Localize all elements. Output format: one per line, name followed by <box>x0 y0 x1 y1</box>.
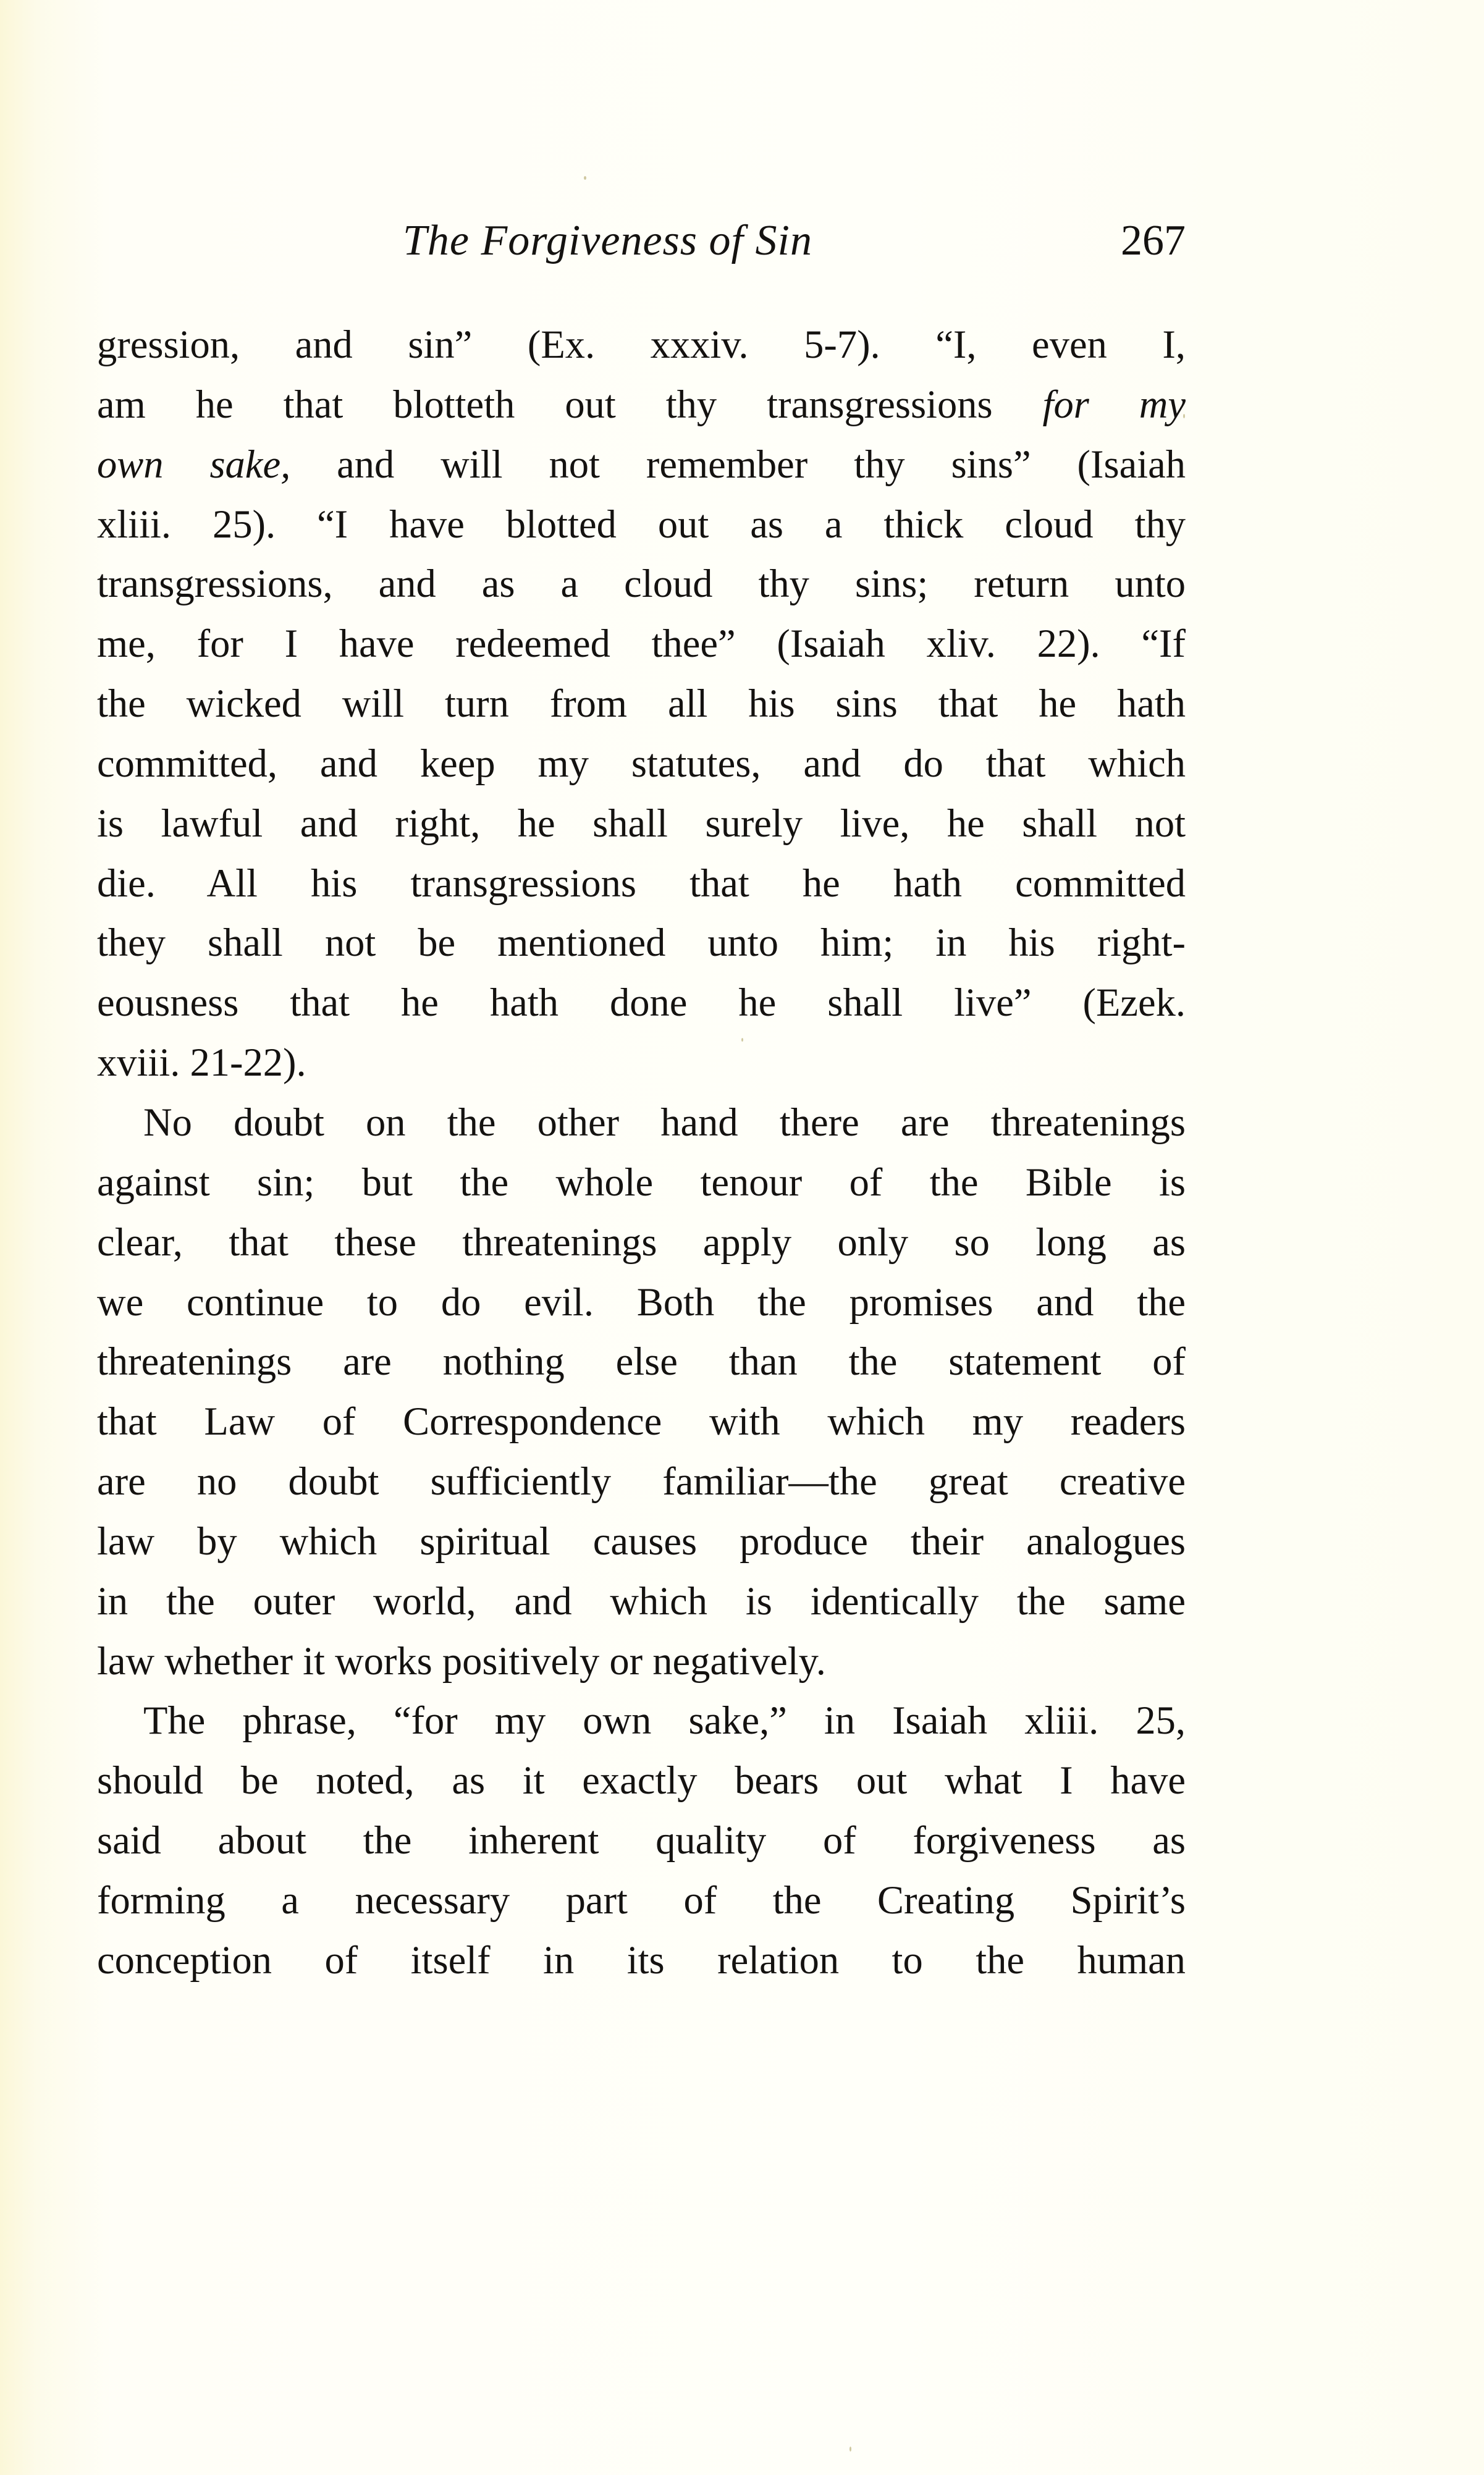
text-line: gression, and sin” (Ex. xxxiv. 5-7). “I,… <box>97 315 1186 375</box>
running-title: The Forgiveness of Sin <box>403 213 812 269</box>
paper-speck <box>850 2447 851 2452</box>
page-number: 267 <box>1121 213 1186 269</box>
text-line: should be noted, as it exactly bears out… <box>97 1751 1186 1811</box>
text-run: said about the inherent quality of forgi… <box>97 1818 1186 1862</box>
text-line: said about the inherent quality of forgi… <box>97 1811 1186 1871</box>
text-line: the wicked will turn from all his sins t… <box>97 674 1186 734</box>
text-line: clear, that these threatenings apply onl… <box>97 1213 1186 1273</box>
text-line: that Law of Correspondence with which my… <box>97 1392 1186 1452</box>
text-line: law whether it works positively or negat… <box>97 1632 1186 1692</box>
book-page: The Forgiveness of Sin 267 gression, and… <box>0 0 1484 2475</box>
text-line: against sin; but the whole tenour of the… <box>97 1153 1186 1213</box>
emphasis: for my <box>1043 382 1186 426</box>
emphasis: own sake, <box>97 442 290 486</box>
text-run: clear, that these threatenings apply onl… <box>97 1220 1186 1264</box>
text-run: The phrase, “for my own sake,” in Isaiah… <box>143 1698 1186 1742</box>
text-line: own sake, and will not remember thy sins… <box>97 435 1186 495</box>
paper-speck <box>1183 414 1185 418</box>
text-run: eousness that he hath done he shall live… <box>97 980 1186 1024</box>
text-line: they shall not be mentioned unto him; in… <box>97 913 1186 973</box>
text-run: that Law of Correspondence with which my… <box>97 1399 1186 1443</box>
text-line: is lawful and right, he shall surely liv… <box>97 794 1186 854</box>
text-line: in the outer world, and which is identic… <box>97 1572 1186 1632</box>
paper-speck <box>584 176 586 180</box>
text-run: threatenings are nothing else than the s… <box>97 1339 1186 1383</box>
text-run: xviii. 21-22). <box>97 1040 306 1084</box>
text-run: gression, and sin” (Ex. xxxiv. 5-7). “I,… <box>97 323 1186 366</box>
text-run: are no doubt sufficiently familiar—the g… <box>97 1459 1186 1503</box>
text-line: am he that blotteth out thy transgressio… <box>97 375 1186 435</box>
text-line: eousness that he hath done he shall live… <box>97 973 1186 1033</box>
running-head: The Forgiveness of Sin 267 <box>97 213 1186 269</box>
text-run: against sin; but the whole tenour of the… <box>97 1160 1186 1204</box>
text-run: and will not remember thy sins” (Isaiah <box>290 442 1186 486</box>
text-run: me, for I have redeemed thee” (Isaiah xl… <box>97 622 1186 665</box>
paper-speck <box>741 1038 743 1042</box>
text-line: law by which spiritual causes produce th… <box>97 1512 1186 1572</box>
text-line: No doubt on the other hand there are thr… <box>97 1093 1186 1153</box>
text-line: threatenings are nothing else than the s… <box>97 1332 1186 1392</box>
text-line: die. All his transgressions that he hath… <box>97 854 1186 914</box>
text-line: xviii. 21-22). <box>97 1033 1186 1093</box>
paragraph: The phrase, “for my own sake,” in Isaiah… <box>97 1691 1186 1990</box>
text-run: transgressions, and as a cloud thy sins;… <box>97 562 1186 605</box>
text-line: we continue to do evil. Both the promise… <box>97 1273 1186 1333</box>
text-run: we continue to do evil. Both the promise… <box>97 1280 1186 1324</box>
text-run: the wicked will turn from all his sins t… <box>97 681 1186 725</box>
text-run: forming a necessary part of the Creating… <box>97 1878 1186 1922</box>
text-run: is lawful and right, he shall surely liv… <box>97 801 1186 845</box>
text-line: are no doubt sufficiently familiar—the g… <box>97 1452 1186 1512</box>
text-line: forming a necessary part of the Creating… <box>97 1871 1186 1931</box>
text-line: xliii. 25). “I have blotted out as a thi… <box>97 495 1186 555</box>
text-run: No doubt on the other hand there are thr… <box>143 1100 1186 1144</box>
text-line: committed, and keep my statutes, and do … <box>97 734 1186 794</box>
text-line: me, for I have redeemed thee” (Isaiah xl… <box>97 614 1186 674</box>
text-run: law by which spiritual causes produce th… <box>97 1519 1186 1563</box>
text-line: transgressions, and as a cloud thy sins;… <box>97 554 1186 614</box>
text-run: they shall not be mentioned unto him; in… <box>97 921 1186 964</box>
text-run: xliii. 25). “I have blotted out as a thi… <box>97 502 1186 546</box>
paragraph: gression, and sin” (Ex. xxxiv. 5-7). “I,… <box>97 315 1186 1093</box>
text-line: The phrase, “for my own sake,” in Isaiah… <box>97 1691 1186 1751</box>
text-run: conception of itself in its relation to … <box>97 1938 1186 1982</box>
text-run: law whether it works positively or negat… <box>97 1639 826 1683</box>
text-run: should be noted, as it exactly bears out… <box>97 1758 1186 1802</box>
body-text: gression, and sin” (Ex. xxxiv. 5-7). “I,… <box>97 315 1186 1991</box>
text-run: in the outer world, and which is identic… <box>97 1579 1186 1623</box>
text-run: die. All his transgressions that he hath… <box>97 861 1186 905</box>
paragraph: No doubt on the other hand there are thr… <box>97 1093 1186 1691</box>
text-run: am he that blotteth out thy transgressio… <box>97 382 1043 426</box>
text-run: committed, and keep my statutes, and do … <box>97 741 1186 785</box>
text-line: conception of itself in its relation to … <box>97 1931 1186 1991</box>
